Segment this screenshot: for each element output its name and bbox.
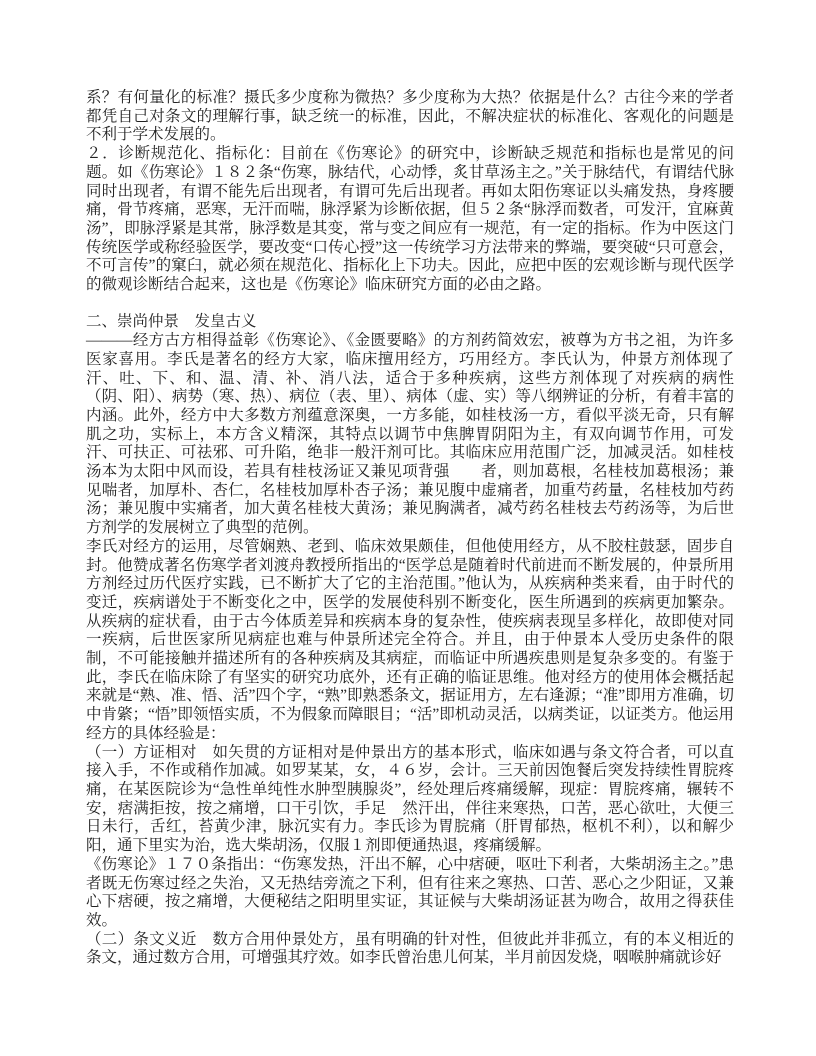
section-heading-chongshang-zhongjing: 二、崇尚仲景 发皇古义	[86, 313, 734, 332]
document-page: 系？有何量化的标准？摄氏多少度称为微热？多少度称为大热？依据是什么？古往今来的学…	[0, 0, 816, 1056]
paragraph-symptom-standardization: 系？有何量化的标准？摄氏多少度称为微热？多少度称为大热？依据是什么？古往今来的学…	[86, 89, 734, 145]
paragraph-fangzheng-xiangdui-case: （一）方证相对 如矢贯的方证相对是仲景出方的基本形式，临床如遇与条文符合者，可以…	[86, 744, 734, 856]
paragraph-diagnosis-normalization: ２．诊断规范化、指标化：目前在《伤寒论》的研究中，诊断缺乏规范和指标也是常见的问…	[86, 145, 734, 295]
blank-line	[86, 295, 734, 314]
paragraph-shanghanlun-170-analysis: 《伤寒论》１７０条指出：“伤寒发热，汗出不解，心中痞硬，呕吐下利者，大柴胡汤主之…	[86, 856, 734, 931]
document-body: 系？有何量化的标准？摄氏多少度称为微热？多少度称为大热？依据是什么？古往今来的学…	[86, 89, 734, 968]
paragraph-classical-prescriptions: ———经方古方相得益彰《伤寒论》、《金匮要略》的方剂药简效宏，被尊为方书之祖，为…	[86, 332, 734, 538]
paragraph-li-shi-experience: 李氏对经方的运用，尽管娴熟、老到、临床效果颇佳，但他使用经方，从不胶柱鼓瑟，固步…	[86, 538, 734, 744]
paragraph-tiaowen-yijin: （二）条文义近 数方合用仲景处方，虽有明确的针对性，但彼此并非孤立，有的本义相近…	[86, 931, 734, 968]
